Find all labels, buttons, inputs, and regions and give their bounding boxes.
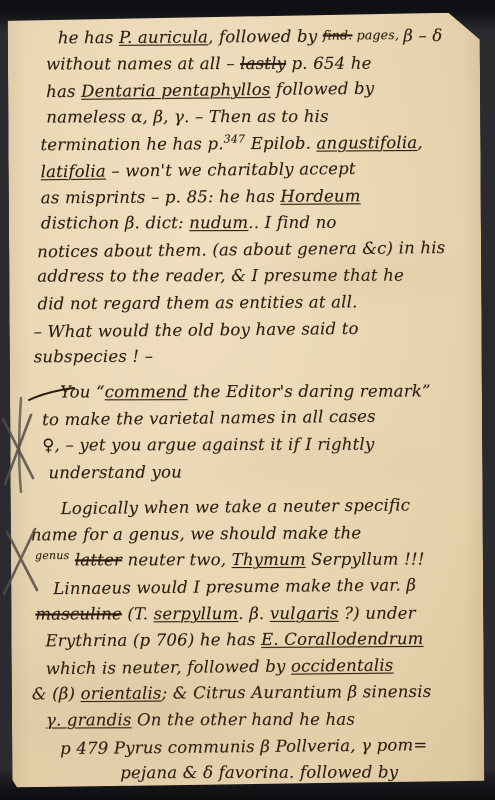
text-segment: – What would the old boy have said to — [33, 319, 358, 341]
text-segment: genus — [35, 549, 69, 562]
text-segment: .. I find no — [248, 213, 336, 232]
manuscript-line: genus latter neuter two, Thymum Serpyllu… — [35, 547, 473, 575]
manuscript-line: You “commend the Editor's daring remark” — [60, 378, 472, 406]
text-segment: address to the reader, & I presume that … — [37, 266, 404, 286]
text-segment: to make the varietal names in all cases — [42, 407, 376, 429]
text-segment: has — [46, 82, 81, 101]
underlined-name: Dentaria pentaphyllos — [81, 80, 271, 101]
text-segment: understand you — [48, 462, 182, 482]
text-segment: notices about them. (as about genera &c)… — [37, 238, 445, 261]
text-segment: p 479 Pyrus communis β Pollveria, γ pom= — [60, 735, 427, 758]
text-segment: Linnaeus would I presume make the var. β — [53, 575, 416, 598]
struck-word: masculine — [35, 604, 122, 623]
manuscript-line: masculine (T. serpyllum. β. vulgaris ?) … — [35, 600, 473, 628]
manuscript-line: understand you — [48, 457, 472, 486]
underlined-name: latifolia — [41, 162, 106, 182]
text-segment: Logically when we take a neuter specific — [61, 496, 411, 519]
manuscript-line: distichon β. dict: nudum.. I find no — [41, 210, 471, 238]
text-segment: ; & Citrus Aurantium β sinensis — [162, 682, 432, 703]
text-segment: pejana & δ favorina. followed by — [120, 763, 398, 783]
text-segment: nameless α, β, γ. – Then as to his — [46, 107, 328, 127]
manuscript-line: as misprints – p. 85: he has Hordeum — [41, 182, 471, 211]
manuscript-line: Linnaeus would I presume make the var. β — [53, 572, 473, 603]
manuscript-line: notices about them. (as about genera &c)… — [37, 235, 471, 266]
text-segment: β – δ — [403, 26, 442, 45]
struck-word: find. — [323, 27, 353, 42]
manuscript-line: p 479 Pyrus communis β Pollveria, γ pom= — [60, 731, 474, 762]
manuscript-line: ♀, – yet you argue against it if I right… — [42, 431, 472, 459]
text-segment: Serpyllum !!! — [306, 550, 425, 569]
text-segment: did not regard them as entities at all. — [37, 292, 357, 313]
manuscript-line: subspecies ! – — [34, 342, 472, 371]
text-segment: he has — [58, 28, 119, 47]
text-segment: – won't we charitably accept — [106, 159, 356, 181]
text-segment: & (β) — [32, 684, 81, 703]
manuscript-line: γ. grandis On the other hand he has — [46, 706, 474, 734]
text-segment: (T. — [122, 604, 154, 623]
underlined-name: Thymum — [232, 550, 306, 569]
text-segment: Epilob. — [245, 133, 316, 152]
text-segment: which is neuter, followed by — [46, 656, 291, 678]
manuscript-line: & (β) orientalis; & Citrus Aurantium β s… — [32, 679, 474, 708]
text-segment: distichon β. dict: — [41, 213, 189, 232]
underlined-name: orientalis — [81, 684, 162, 703]
manuscript-line: latifolia – won't we charitably accept — [40, 155, 470, 186]
manuscript-line: to make the varietal names in all cases — [42, 403, 472, 434]
text-segment: followed by — [270, 79, 374, 99]
text-segment: Erythrina (p 706) he has — [45, 630, 261, 650]
manuscript-line: without names at all – lastly p. 654 he — [46, 50, 470, 78]
text-segment: subspecies ! – — [34, 347, 153, 367]
underlined-name: E. Corallodendrum — [261, 629, 424, 649]
text-segment: . β. — [238, 604, 270, 623]
text-segment: You “ — [60, 382, 105, 401]
underlined-name: occidentalis — [291, 655, 394, 675]
underlined-name: nudum — [189, 213, 248, 232]
text-segment: , — [417, 132, 423, 151]
underlined-name: Hordeum — [280, 186, 360, 205]
manuscript-line: Erythrina (p 706) he has E. Corallodendr… — [45, 626, 473, 655]
text-segment: ♀, – yet you argue against it if I right… — [42, 435, 374, 455]
text-segment: the Editor's daring remark” — [187, 381, 430, 401]
photo-background: { "photo": { "background_color": "#29292… — [0, 0, 495, 800]
text-segment: p. 654 he — [286, 53, 371, 72]
text-segment: On the other hand he has — [132, 710, 356, 730]
manuscript-line: which is neuter, followed by occidentali… — [46, 651, 474, 682]
text-segment: ?) under — [339, 603, 416, 622]
manuscript-line: nameless α, β, γ. – Then as to his — [46, 103, 470, 131]
text-segment: without names at all – — [46, 54, 240, 74]
text-segment: name for a genus, we should make the — [31, 523, 362, 544]
manuscript-text: he has P. auricula, followed by find. pa… — [28, 22, 475, 788]
underlined-name: serpyllum — [154, 604, 239, 623]
underlined-name: commend — [105, 382, 188, 401]
manuscript-line: – What would the old boy have said to — [33, 314, 471, 345]
underlined-name: vulgaris — [270, 603, 339, 622]
manuscript-line: pejana & δ favorina. followed by — [120, 759, 474, 787]
underlined-name: γ. grandis — [46, 710, 132, 729]
manuscript-paper: he has P. auricula, followed by find. pa… — [8, 13, 485, 788]
struck-word: latter — [75, 551, 122, 570]
text-segment: , followed by — [208, 27, 323, 47]
underlined-name: angustifolia — [316, 132, 417, 152]
text-segment: 347 — [224, 132, 246, 145]
struck-word: lastly — [240, 54, 286, 73]
manuscript-line: name for a genus, we should make the — [31, 519, 473, 548]
text-segment: neuter two, — [122, 550, 232, 569]
text-segment: as misprints – p. 85: he has — [41, 186, 281, 206]
manuscript-line: Logically when we take a neuter specific — [61, 492, 473, 523]
manuscript-line: he has P. auricula, followed by find. pa… — [58, 22, 470, 52]
manuscript-line: has Dentaria pentaphyllos followed by — [46, 75, 470, 106]
underlined-name: P. auricula — [119, 27, 208, 47]
manuscript-line: did not regard them as entities at all. — [37, 289, 471, 318]
manuscript-line: termination he has p.347 Epilob. angusti… — [40, 129, 470, 158]
text-segment: termination he has p. — [40, 134, 223, 154]
text-segment: pages, — [352, 27, 403, 42]
manuscript-line: address to the reader, & I presume that … — [37, 263, 471, 291]
